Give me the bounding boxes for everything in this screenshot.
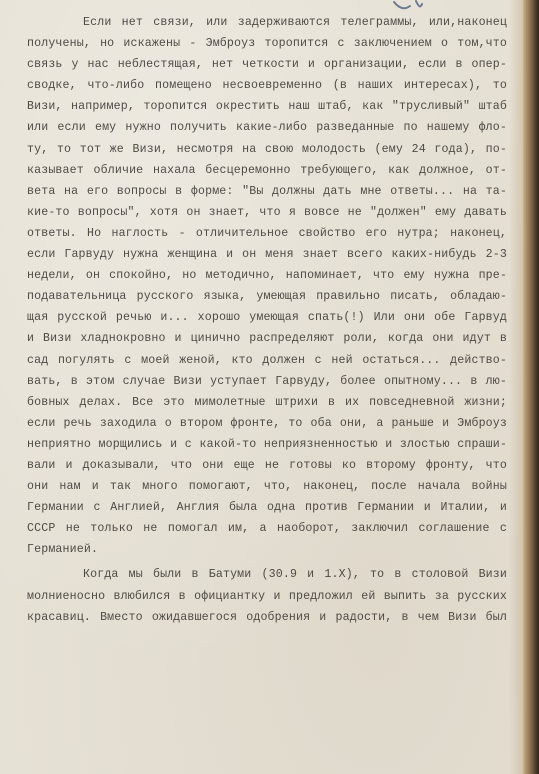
text-line: Визи, например, торопится окрестить наш … [27, 96, 507, 117]
document-page: Если нет связи, или задерживаются телегр… [0, 0, 539, 774]
text-line: неприятно морщились и с какой-то неприяз… [27, 434, 507, 455]
text-line: СССР не только не помогал им, а наоборот… [27, 518, 507, 539]
text-line: бовных делах. Все это мимолетные штрихи … [27, 392, 507, 413]
text-line: казывает обличие нахала бесцеремонно тре… [27, 160, 507, 181]
text-line: кие-то вопросы", хотя он знает, что я во… [27, 202, 507, 223]
text-line: Когда мы были в Батуми (30.9 и 1.X), то … [27, 564, 507, 585]
text-line: подавательница русского языка, умеющая п… [27, 286, 507, 307]
text-line: молниеносно влюбился в официантку и пред… [27, 586, 507, 607]
text-line: если речь заходила о втором фронте, то о… [27, 413, 507, 434]
text-line: получены, но искажены - Эмброуз торопитс… [27, 33, 507, 54]
text-line: ту, то тот же Визи, несмотря на свою мол… [27, 139, 507, 160]
text-line: и Визи хладнокровно и цинично распределя… [27, 328, 507, 349]
text-line: связь у нас неблестящая, нет четкости и … [27, 54, 507, 75]
page-binding-edge [523, 0, 539, 774]
text-line: сад погулять с моей женой, кто должен с … [27, 350, 507, 371]
text-line: красавиц. Вместо ожидавшегося одобрения … [27, 607, 507, 628]
text-line: сводке, что-либо помещено несвоевременно… [27, 75, 507, 96]
text-line: Германии с Англией, Англия была одна про… [27, 497, 507, 518]
binding-shadow [509, 0, 523, 774]
text-line: если Гарвуду нужна женщина и он меня зна… [27, 244, 507, 265]
typewritten-text: Если нет связи, или задерживаются телегр… [27, 12, 507, 628]
text-line: Германией. [27, 539, 507, 560]
text-line: или если ему нужно получить какие-либо р… [27, 117, 507, 138]
text-line: недели, он спокойно, но методично, напом… [27, 265, 507, 286]
text-line: Если нет связи, или задерживаются телегр… [27, 12, 507, 33]
text-line: ответы. Но наглость - отличительное свой… [27, 223, 507, 244]
text-line: вать, в этом случае Визи уступает Гарвуд… [27, 371, 507, 392]
text-line: щая русской речью и... хорошо умеющая сп… [27, 307, 507, 328]
text-line: они нам и так много помогают, что, након… [27, 476, 507, 497]
text-line: вали и доказывали, что они еще не готовы… [27, 455, 507, 476]
text-line: вета на его вопросы в форме: "Вы должны … [27, 181, 507, 202]
